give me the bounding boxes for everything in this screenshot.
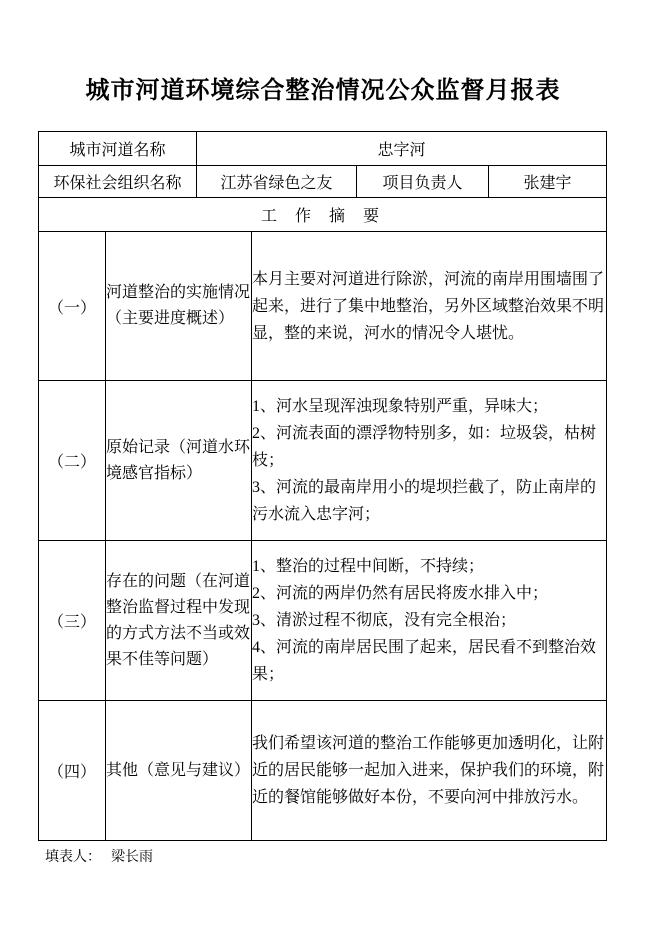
table-row-summary-header: 工 作 摘 要 [39,198,607,232]
table-row-river-name: 城市河道名称 忠字河 [39,132,607,166]
form-filler-name: 梁长雨 [111,850,153,865]
section-3-index: （三） [39,541,106,701]
section-3-content: 1、整治的过程中间断，不持续； 2、河流的两岸仍然有居民将废水排入中； 3、清淤… [252,541,607,701]
org-name-label: 环保社会组织名称 [39,166,197,198]
org-name-value: 江苏省绿色之友 [197,166,357,198]
project-leader-value: 张建宇 [489,166,607,198]
river-name-label: 城市河道名称 [39,132,197,166]
form-filler-label: 填表人： [45,850,101,865]
form-filler-line: 填表人：梁长雨 [45,846,153,866]
table-row-section-2: （二） 原始记录（河道水环境感官指标） 1、河水呈现浑浊现象特别严重，异味大； … [39,381,607,541]
page-title: 城市河道环境综合整治情况公众监督月报表 [0,70,646,105]
table-row-section-4: （四） 其他（意见与建议） 我们希望该河道的整治工作能够更加透明化，让附近的居民… [39,701,607,841]
section-1-content: 本月主要对河道进行除淤，河流的南岸用围墙围了起来，进行了集中地整治，另外区域整治… [252,232,607,381]
section-1-index: （一） [39,232,106,381]
section-1-category: 河道整治的实施情况（主要进度概述） [106,232,252,381]
section-4-category: 其他（意见与建议） [106,701,252,841]
table-row-section-3: （三） 存在的问题（在河道整治监督过程中发现的方式方法不当或效果不佳等问题） 1… [39,541,607,701]
river-name-value: 忠字河 [197,132,607,166]
section-4-content: 我们希望该河道的整治工作能够更加透明化，让附近的居民能够一起加入进来，保护我们的… [252,701,607,841]
section-3-category: 存在的问题（在河道整治监督过程中发现的方式方法不当或效果不佳等问题） [106,541,252,701]
work-summary-header: 工 作 摘 要 [39,198,607,232]
section-2-content: 1、河水呈现浑浊现象特别严重，异味大； 2、河流表面的漂浮物特别多，如：垃圾袋，… [252,381,607,541]
report-table: 城市河道名称 忠字河 环保社会组织名称 江苏省绿色之友 项目负责人 张建宇 工 … [38,131,607,841]
table-row-organization: 环保社会组织名称 江苏省绿色之友 项目负责人 张建宇 [39,166,607,198]
project-leader-label: 项目负责人 [357,166,489,198]
section-2-category: 原始记录（河道水环境感官指标） [106,381,252,541]
table-row-section-1: （一） 河道整治的实施情况（主要进度概述） 本月主要对河道进行除淤，河流的南岸用… [39,232,607,381]
section-4-index: （四） [39,701,106,841]
section-2-index: （二） [39,381,106,541]
